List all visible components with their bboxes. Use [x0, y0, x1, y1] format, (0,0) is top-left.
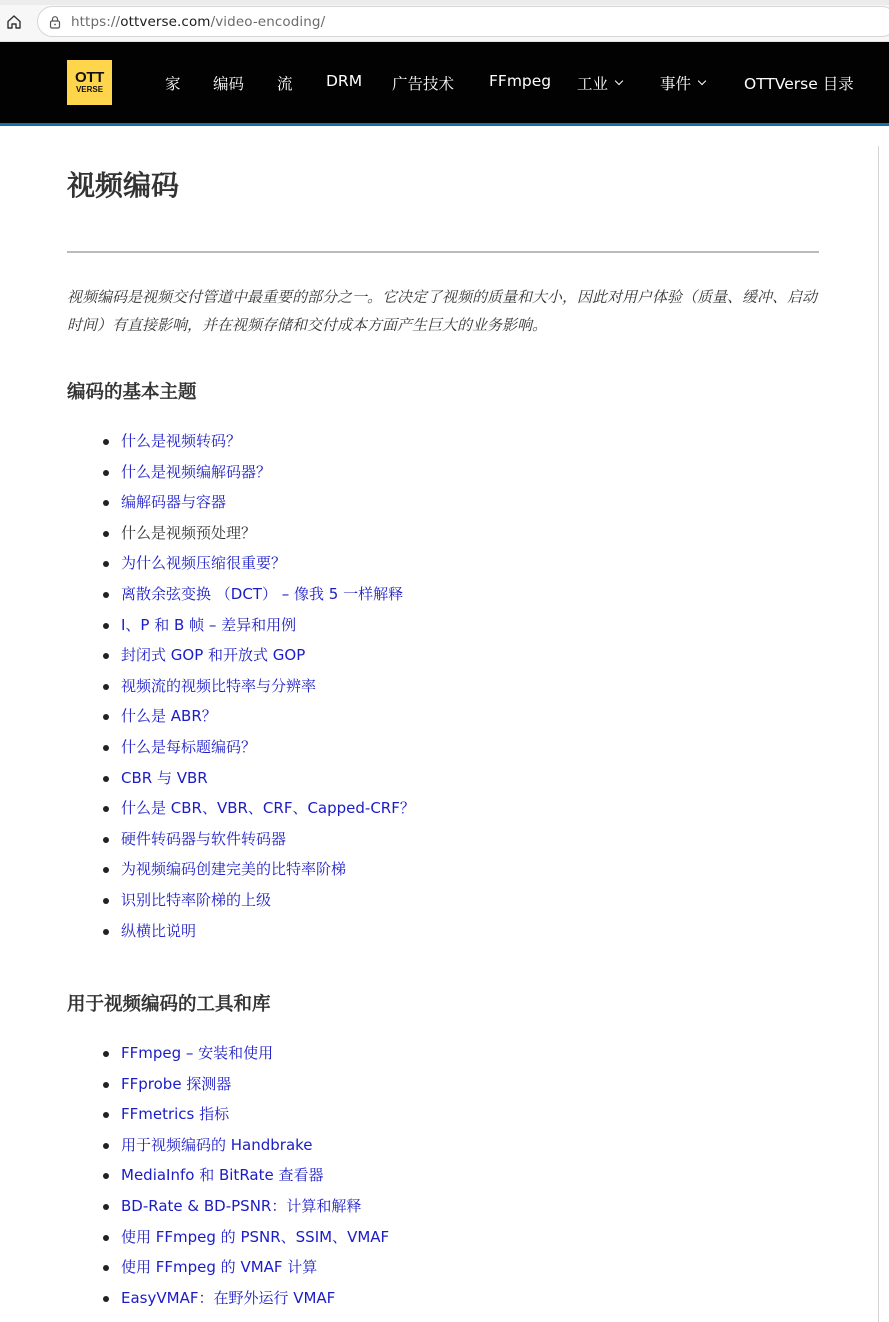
lock-icon[interactable] — [46, 13, 64, 31]
nav-item-label: OTTVerse 目录 — [744, 72, 854, 94]
list-item[interactable]: 使用 FFmpeg 的 PSNR、SSIM、VMAF — [103, 1227, 389, 1258]
list-item[interactable]: 编解码器与容器 — [103, 492, 415, 523]
topic-link[interactable]: FFprobe 探测器 — [121, 1075, 231, 1093]
section-title-basics: 编码的基本主题 — [67, 378, 197, 404]
list-item: 什么是视频预处理？ — [103, 523, 415, 554]
logo-text-ott: OTT — [75, 71, 104, 85]
list-item[interactable]: 封闭式 GOP 和开放式 GOP — [103, 645, 415, 676]
url-text[interactable]: https://ottverse.com/video-encoding/ — [71, 14, 325, 30]
list-item[interactable]: I、P 和 B 帧 – 差异和用例 — [103, 615, 415, 646]
topic-link[interactable]: FFmpeg – 安装和使用 — [121, 1044, 273, 1062]
nav-item-label: FFmpeg — [489, 72, 551, 90]
topic-link[interactable]: 视频流的视频比特率与分辨率 — [121, 677, 316, 695]
list-item[interactable]: 视频流的视频比特率与分辨率 — [103, 676, 415, 707]
nav-item-label: 事件 — [660, 72, 691, 94]
nav-item-label: 流 — [277, 72, 293, 94]
chevron-down-icon[interactable] — [615, 77, 623, 85]
topic-link[interactable]: BD-Rate & BD-PSNR：计算和解释 — [121, 1197, 361, 1215]
topic-link[interactable]: 使用 FFmpeg 的 PSNR、SSIM、VMAF — [121, 1228, 389, 1246]
topic-link[interactable]: 识别比特率阶梯的上级 — [121, 891, 271, 909]
topic-link[interactable]: 编解码器与容器 — [121, 493, 226, 511]
nav-item-7[interactable]: 事件 — [660, 72, 705, 94]
url-path: /video-encoding/ — [211, 14, 326, 30]
list-item[interactable]: 硬件转码器与软件转码器 — [103, 829, 415, 860]
nav-item-label: 编码 — [213, 72, 244, 94]
topic-link[interactable]: 什么是 CBR、VBR、CRF、Capped-CRF？ — [121, 799, 415, 817]
list-item[interactable]: FFmetrics 指标 — [103, 1104, 389, 1135]
topic-link[interactable]: FFmetrics 指标 — [121, 1105, 229, 1123]
site-logo[interactable]: OTT VERSE — [67, 60, 112, 105]
list-item[interactable]: 识别比特率阶梯的上级 — [103, 890, 415, 921]
list-item[interactable]: 为什么视频压缩很重要？ — [103, 553, 415, 584]
topic-link[interactable]: 离散余弦变换 （DCT） – 像我 5 一样解释 — [121, 585, 403, 603]
topic-link[interactable]: 使用 FFmpeg 的 VMAF 计算 — [121, 1258, 317, 1276]
list-item[interactable]: 离散余弦变换 （DCT） – 像我 5 一样解释 — [103, 584, 415, 615]
site-header: OTT VERSE 家编码流DRM广告技术FFmpeg工业事件OTTVerse … — [0, 42, 889, 126]
topic-link[interactable]: 什么是每标题编码？ — [121, 738, 256, 756]
list-item[interactable]: 什么是视频编解码器？ — [103, 462, 415, 493]
topic-link[interactable]: 为视频编码创建完美的比特率阶梯 — [121, 860, 346, 878]
list-item[interactable]: 用于视频编码的 Handbrake — [103, 1135, 389, 1166]
list-item[interactable]: CBR 与 VBR — [103, 768, 415, 799]
topic-link[interactable]: I、P 和 B 帧 – 差异和用例 — [121, 616, 296, 634]
nav-item-8[interactable]: OTTVerse 目录 — [744, 72, 854, 94]
intro-paragraph: 视频编码是视频交付管道中最重要的部分之一。它决定了视频的质量和大小，因此对用户体… — [67, 283, 817, 339]
topic-link[interactable]: 纵横比说明 — [121, 922, 196, 940]
list-item[interactable]: BD-Rate & BD-PSNR：计算和解释 — [103, 1196, 389, 1227]
title-divider — [67, 251, 819, 253]
list-item[interactable]: EasyVMAF：在野外运行 VMAF — [103, 1288, 389, 1319]
chevron-down-icon[interactable] — [698, 77, 706, 85]
list-item[interactable]: FFmpeg – 安装和使用 — [103, 1043, 389, 1074]
topic-link[interactable]: 封闭式 GOP 和开放式 GOP — [121, 646, 305, 664]
basics-topic-list: 什么是视频转码？什么是视频编解码器？编解码器与容器什么是视频预处理？为什么视频压… — [103, 431, 415, 951]
list-item[interactable]: 什么是 CBR、VBR、CRF、Capped-CRF？ — [103, 798, 415, 829]
topic-link[interactable]: EasyVMAF：在野外运行 VMAF — [121, 1289, 335, 1307]
list-item[interactable]: MediaInfo 和 BitRate 查看器 — [103, 1165, 389, 1196]
list-item[interactable]: 使用 FFmpeg 的 VMAF 计算 — [103, 1257, 389, 1288]
nav-item-label: 家 — [165, 72, 181, 94]
list-item[interactable]: 纵横比说明 — [103, 921, 415, 952]
topic-link[interactable]: 硬件转码器与软件转码器 — [121, 830, 286, 848]
nav-item-2[interactable]: 流 — [277, 72, 293, 94]
page-title: 视频编码 — [67, 164, 179, 204]
nav-item-5[interactable]: FFmpeg — [489, 72, 551, 90]
content-border — [878, 146, 879, 1322]
list-item[interactable]: FFprobe 探测器 — [103, 1074, 389, 1105]
nav-item-label: DRM — [326, 72, 362, 90]
topic-link[interactable]: 什么是视频转码？ — [121, 432, 241, 450]
topic-link[interactable]: 什么是 ABR？ — [121, 707, 217, 725]
list-item[interactable]: 什么是视频转码？ — [103, 431, 415, 462]
home-icon — [6, 14, 22, 30]
section-title-tools: 用于视频编码的工具和库 — [67, 990, 271, 1016]
nav-item-label: 广告技术 — [392, 72, 454, 94]
tools-topic-list: FFmpeg – 安装和使用FFprobe 探测器FFmetrics 指标用于视… — [103, 1043, 389, 1318]
logo-text-verse: VERSE — [76, 85, 103, 95]
topic-link[interactable]: 为什么视频压缩很重要？ — [121, 554, 286, 572]
tab-strip — [0, 0, 889, 5]
nav-item-label: 工业 — [577, 72, 608, 94]
url-scheme: https:// — [71, 14, 120, 30]
list-item[interactable]: 什么是 ABR？ — [103, 706, 415, 737]
nav-item-6[interactable]: 工业 — [577, 72, 622, 94]
topic-link[interactable]: 用于视频编码的 Handbrake — [121, 1136, 313, 1154]
nav-item-1[interactable]: 编码 — [213, 72, 244, 94]
address-bar[interactable]: https://ottverse.com/video-encoding/ — [37, 6, 889, 37]
nav-item-4[interactable]: 广告技术 — [392, 72, 454, 94]
browser-toolbar: https://ottverse.com/video-encoding/ — [0, 0, 889, 42]
home-button[interactable] — [3, 11, 25, 33]
nav-item-0[interactable]: 家 — [165, 72, 181, 94]
topic-link[interactable]: 什么是视频编解码器？ — [121, 463, 271, 481]
url-host: ottverse.com — [120, 14, 210, 30]
list-item[interactable]: 什么是每标题编码？ — [103, 737, 415, 768]
topic-link[interactable]: CBR 与 VBR — [121, 769, 208, 787]
list-item[interactable]: 为视频编码创建完美的比特率阶梯 — [103, 859, 415, 890]
topic-link[interactable]: MediaInfo 和 BitRate 查看器 — [121, 1166, 323, 1184]
nav-item-3[interactable]: DRM — [326, 72, 362, 90]
topic-text: 什么是视频预处理？ — [121, 524, 256, 542]
